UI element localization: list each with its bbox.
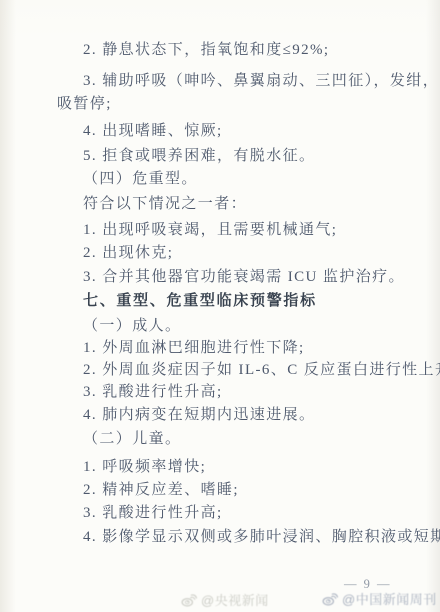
document-line: 2. 出现休克;: [83, 243, 173, 263]
watermark-cctv-news: @央视新闻: [181, 590, 269, 609]
document-text: 2. 静息状态下，指氧饱和度≤92%; 3. 辅助呼吸（呻吟、鼻翼扇动、三凹征）…: [0, 0, 440, 612]
document-line: 3. 乳酸进行性升高;: [83, 382, 223, 402]
document-page: 2. 静息状态下，指氧饱和度≤92%; 3. 辅助呼吸（呻吟、鼻翼扇动、三凹征）…: [0, 0, 440, 612]
document-line: 吸暂停;: [57, 94, 112, 114]
section-heading: 七、重型、危重型临床预警指标: [83, 291, 317, 311]
weibo-icon: [181, 593, 197, 607]
document-line: 4. 出现嗜睡、惊厥;: [83, 121, 223, 141]
document-line: 4. 肺内病变在短期内迅速进展。: [83, 405, 315, 425]
document-line: 3. 辅助呼吸（呻吟、鼻翼扇动、三凹征），发绀，间歇性呼: [83, 71, 440, 91]
document-line: 3. 合并其他器官功能衰竭需 ICU 监护治疗。: [83, 267, 405, 287]
document-line: 1. 外周血淋巴细胞进行性下降;: [83, 338, 305, 358]
document-line: 2. 精神反应差、嗜睡;: [83, 480, 239, 500]
document-line: 1. 出现呼吸衰竭，且需要机械通气;: [83, 220, 337, 240]
document-line: 2. 静息状态下，指氧饱和度≤92%;: [83, 40, 330, 60]
watermark-label: @央视新闻: [201, 590, 269, 609]
document-line: 1. 呼吸频率增快;: [83, 457, 206, 477]
document-line: 3. 乳酸进行性升高;: [83, 503, 223, 523]
document-line: 5. 拒食或喂养困难，有脱水征。: [83, 146, 315, 166]
document-line: （一）成人。: [83, 316, 181, 336]
document-line: 4. 影像学显示双侧或多肺叶浸润、胸腔积液或短期内病变: [83, 527, 440, 547]
watermark-label: @中国新闻周刊: [342, 589, 437, 608]
document-line: （四）危重型。: [83, 169, 198, 189]
document-line: 符合以下情况之一者：: [83, 194, 247, 214]
weibo-icon: [322, 592, 338, 606]
document-line: 2. 外周血炎症因子如 IL-6、C 反应蛋白进行性上升;: [83, 360, 440, 380]
document-line: （二）儿童。: [83, 429, 181, 449]
watermark-china-newsweek: @中国新闻周刊: [322, 589, 437, 608]
